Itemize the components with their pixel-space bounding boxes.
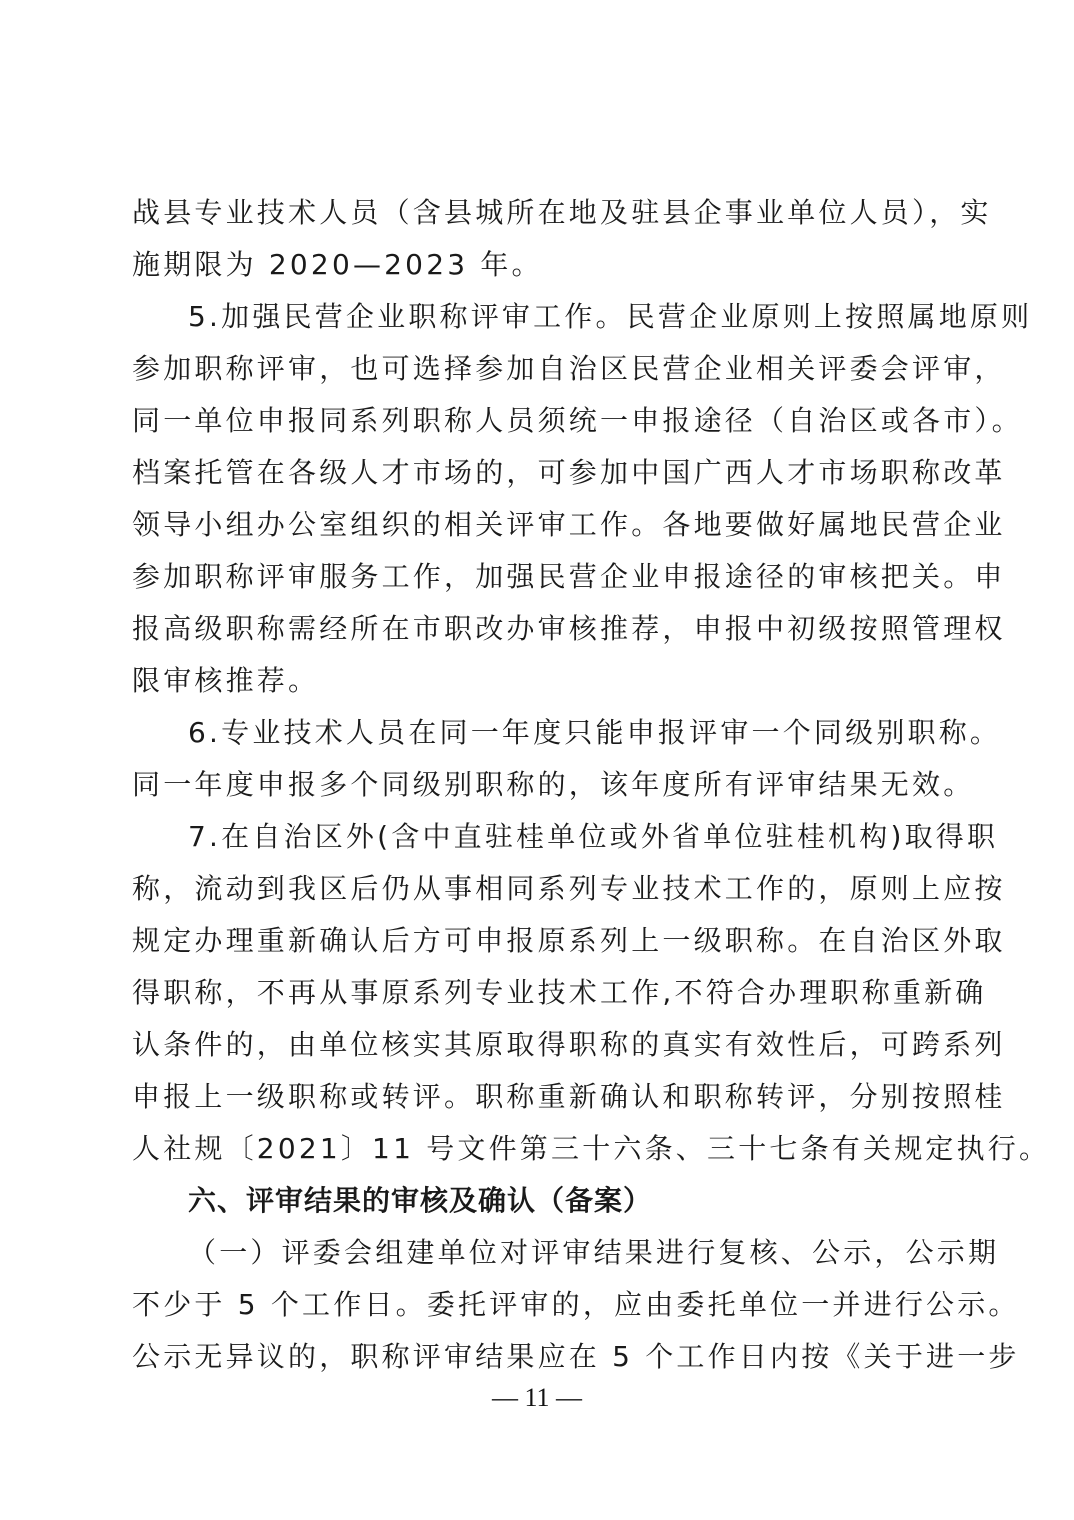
paragraph-6-start: 6.专业技术人员在同一年度只能申报评审一个同级别职称。 — [188, 713, 944, 753]
paragraph-5-start: 5.加强民营企业职称评审工作。民营企业原则上按照属地原则 — [188, 297, 944, 337]
text-line: 规定办理重新确认后方可申报原系列上一级职称。在自治区外取 — [132, 921, 944, 961]
text-line: 限审核推荐。 — [132, 661, 944, 701]
text-line: 不少于 5 个工作日。委托评审的，应由委托单位一并进行公示。 — [132, 1285, 944, 1325]
text-line: 称，流动到我区后仍从事相同系列专业技术工作的，原则上应按 — [132, 869, 944, 909]
text-line: 领导小组办公室组织的相关评审工作。各地要做好属地民营企业 — [132, 505, 944, 545]
text-line: 同一年度申报多个同级别职称的，该年度所有评审结果无效。 — [132, 765, 944, 805]
text-line: 档案托管在各级人才市场的，可参加中国广西人才市场职称改革 — [132, 453, 944, 493]
text-line: 认条件的，由单位核实其原取得职称的真实有效性后，可跨系列 — [132, 1025, 944, 1065]
text-line: 申报上一级职称或转评。职称重新确认和职称转评，分别按照桂 — [132, 1077, 944, 1117]
text-line: 公示无异议的，职称评审结果应在 5 个工作日内按《关于进一步 — [132, 1337, 944, 1377]
text-line: 得职称，不再从事原系列专业技术工作,不符合办理职称重新确 — [132, 973, 944, 1013]
paragraph-7-start: 7.在自治区外(含中直驻桂单位或外省单位驻桂机构)取得职 — [188, 817, 944, 857]
text-line: 人社规〔2021〕11 号文件第三十六条、三十七条有关规定执行。 — [132, 1129, 944, 1169]
document-page: 战县专业技术人员（含县城所在地及驻县企事业单位人员），实 施期限为 2020—2… — [0, 0, 1074, 1520]
section-heading: 六、评审结果的审核及确认（备案） — [188, 1181, 944, 1221]
text-line: 同一单位申报同系列职称人员须统一申报途径（自治区或各市）。 — [132, 401, 944, 441]
text-line: 参加职称评审服务工作，加强民营企业申报途径的审核把关。申 — [132, 557, 944, 597]
subsection-1-start: （一）评委会组建单位对评审结果进行复核、公示，公示期 — [188, 1233, 944, 1273]
page-number: — 11 — — [0, 1383, 1074, 1413]
text-line: 报高级职称需经所在市职改办审核推荐，申报中初级按照管理权 — [132, 609, 944, 649]
text-line: 施期限为 2020—2023 年。 — [132, 245, 944, 285]
text-line: 参加职称评审，也可选择参加自治区民营企业相关评委会评审， — [132, 349, 944, 389]
text-line: 战县专业技术人员（含县城所在地及驻县企事业单位人员），实 — [132, 193, 944, 233]
